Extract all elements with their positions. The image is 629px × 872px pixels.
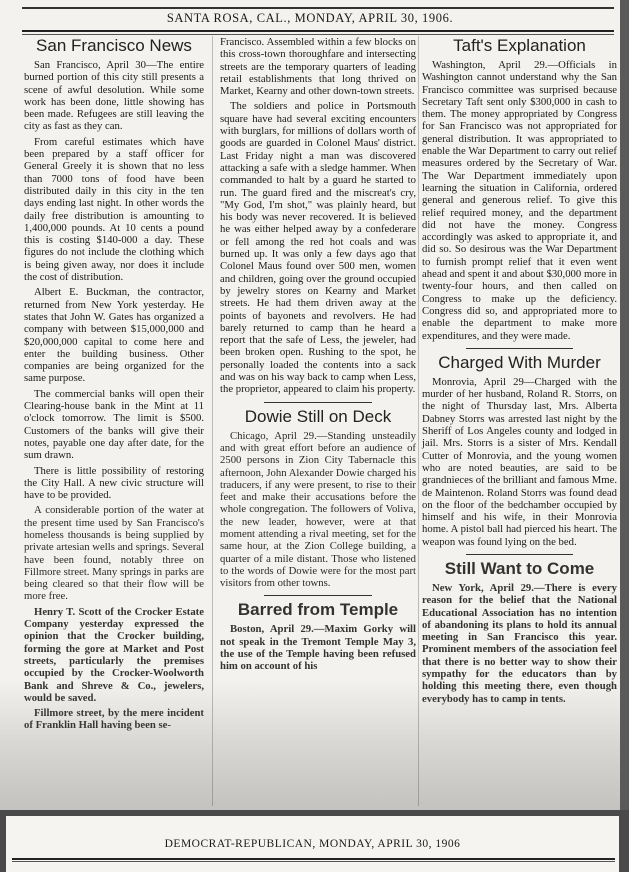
article-paragraph: A considerable portion of the water at t… [24, 504, 204, 602]
column-1: San Francisco News San Francisco, April … [24, 36, 204, 735]
headline-charged-with-murder: Charged With Murder [422, 353, 617, 373]
article-paragraph: Fillmore street, by the mere incident of… [24, 707, 204, 732]
column-divider [212, 36, 213, 806]
newspaper-page-santa-rosa: SANTA ROSA, CAL., MONDAY, APRIL 30, 1906… [0, 0, 620, 810]
article-divider [264, 402, 372, 403]
column-2: Francisco. Assembled within a few blocks… [220, 36, 416, 676]
headline-tafts-explanation: Taft's Explanation [422, 36, 617, 56]
article-paragraph: From careful estimates which have been p… [24, 136, 204, 284]
article-paragraph: Boston, April 29.—Maxim Gorky will not s… [220, 623, 416, 672]
headline-barred-from-temple: Barred from Temple [220, 600, 416, 620]
article-divider [466, 348, 573, 349]
article-paragraph: There is little possibility of restoring… [24, 465, 204, 502]
article-paragraph: Albert E. Buckman, the contractor, retur… [24, 286, 204, 384]
masthead-rule [12, 858, 615, 862]
headline-san-francisco-news: San Francisco News [24, 36, 204, 56]
article-paragraph: The soldiers and police in Portsmouth sq… [220, 100, 416, 395]
masthead-rule [22, 30, 614, 35]
masthead: SANTA ROSA, CAL., MONDAY, APRIL 30, 1906… [0, 11, 620, 26]
article-paragraph: Monrovia, April 29—Charged with the murd… [422, 376, 617, 548]
page-edge [620, 0, 629, 810]
headline-still-want-to-come: Still Want to Come [422, 559, 617, 579]
column-3: Taft's Explanation Washington, April 29.… [422, 36, 617, 708]
article-divider [466, 554, 573, 555]
article-paragraph: San Francisco, April 30—The entire burne… [24, 59, 204, 133]
article-paragraph: New York, April 29.—There is every reaso… [422, 582, 617, 705]
newspaper-page-democrat-republican: DEMOCRAT-REPUBLICAN, MONDAY, APRIL 30, 1… [6, 816, 619, 872]
top-rule [22, 7, 614, 9]
headline-dowie-still-on-deck: Dowie Still on Deck [220, 407, 416, 427]
article-paragraph: Henry T. Scott of the Crocker Estate Com… [24, 606, 204, 704]
article-divider [264, 595, 372, 596]
article-paragraph: Francisco. Assembled within a few blocks… [220, 36, 416, 97]
masthead: DEMOCRAT-REPUBLICAN, MONDAY, APRIL 30, 1… [6, 838, 619, 850]
article-paragraph: Washington, April 29.—Officials in Washi… [422, 59, 617, 342]
article-paragraph: Chicago, April 29.—Standing unsteadily a… [220, 430, 416, 590]
column-divider [418, 36, 419, 806]
article-paragraph: The commercial banks will open their Cle… [24, 388, 204, 462]
